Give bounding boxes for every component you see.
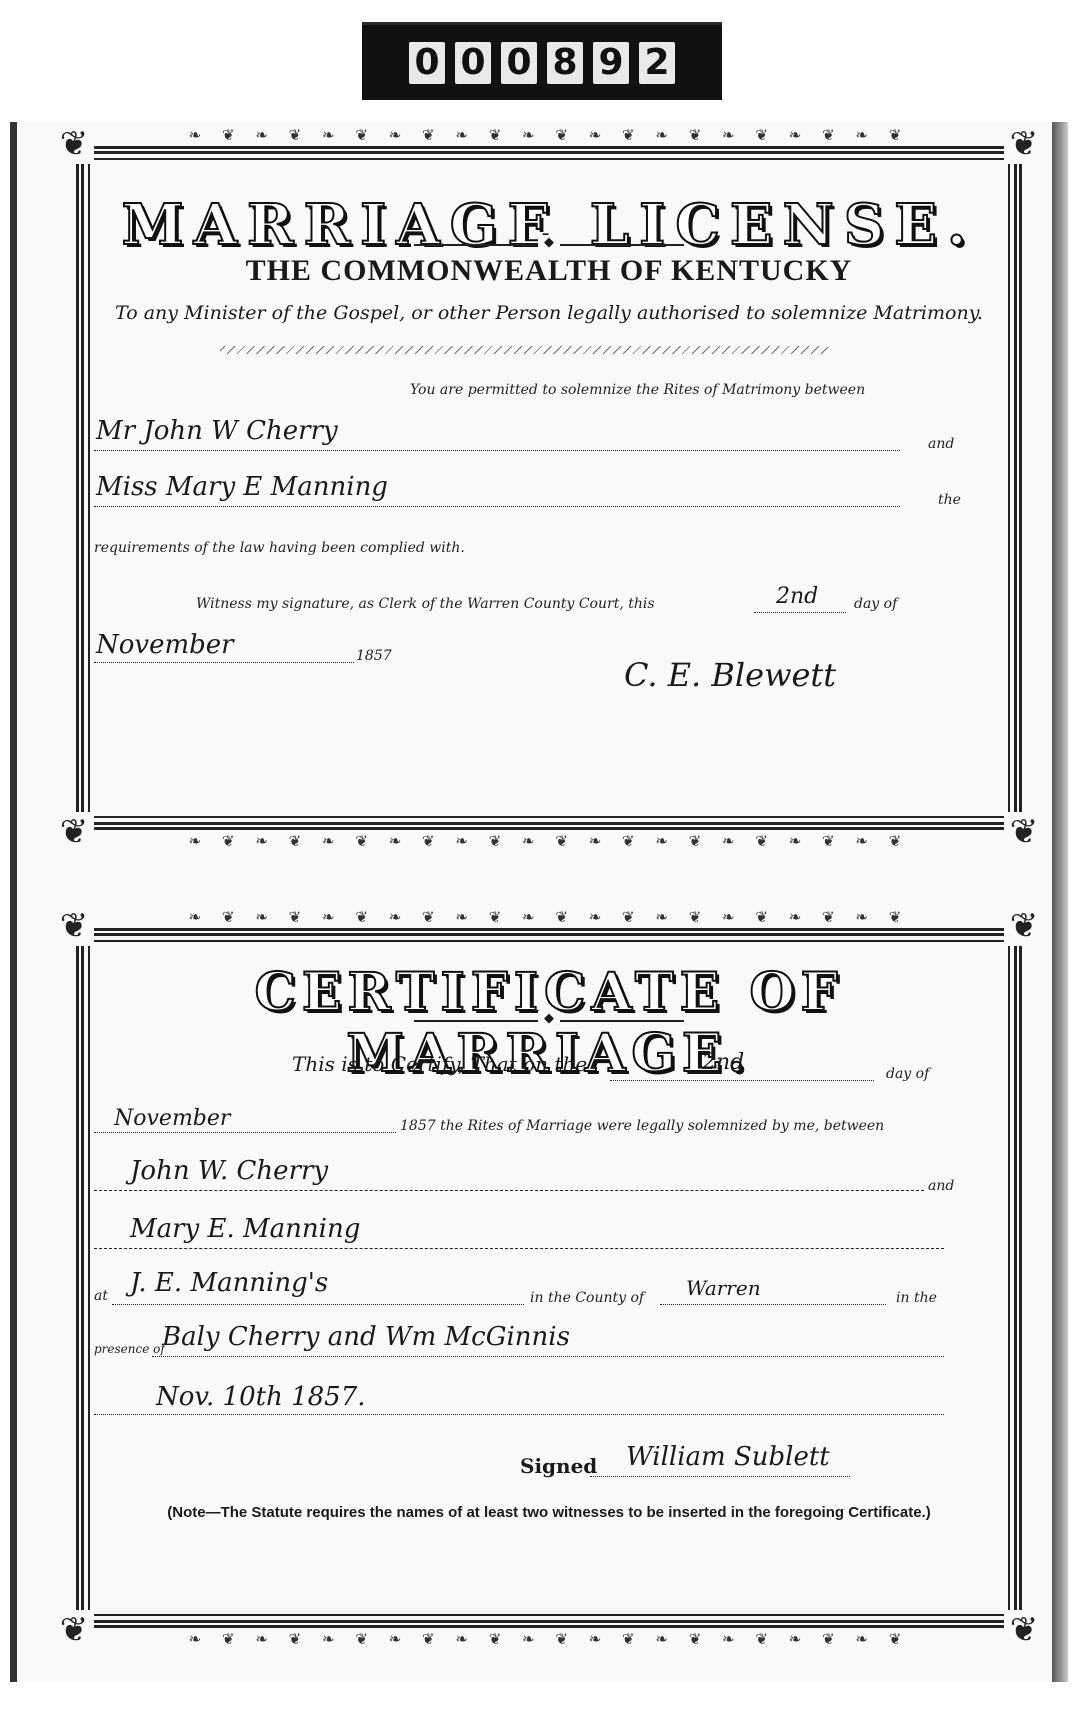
certificate-panel: ❦ ❦ ❦ ❦ ❧ ❦ ❧ ❦ ❧ ❦ ❧ ❦ ❧ ❦ ❧ ❦ ❧ ❦ ❧ ❦ … [88,940,1010,1616]
day-suffix: day of [854,596,897,612]
license-day: 2nd [776,584,818,609]
location-line [112,1304,524,1305]
witnesses: Baly Cherry and Wm McGinnis [162,1322,570,1352]
counter-digit: 8 [547,42,583,84]
counter-digit: 0 [455,42,491,84]
clerk-signature: C. E. Blewett [624,656,836,694]
certify-text: This is to Certify, That on the [292,1052,587,1076]
county-line [660,1304,886,1305]
license-year: 1857 [356,648,392,664]
scroll-border-icon: ❧ ❦ ❧ ❦ ❧ ❦ ❧ ❦ ❧ ❦ ❧ ❦ ❧ ❦ ❧ ❦ ❧ ❦ ❧ ❦ … [70,1630,1028,1648]
sheet-edge-right [1052,122,1068,1682]
jurisdiction-heading: THE COMMONWEALTH OF KENTUCKY [90,254,1008,288]
wavy-rule [220,346,828,354]
ceremony-location: J. E. Manning's [130,1268,328,1298]
requirements-text: requirements of the law having been comp… [94,540,465,556]
date-line [94,1414,944,1415]
cert-bride: Mary E. Manning [130,1214,360,1244]
ornamental-rule [414,244,684,246]
rites-text: 1857 the Rites of Marriage were legally … [400,1118,884,1134]
presence-label: presence of [94,1342,165,1356]
scroll-border-icon: ❧ ❦ ❧ ❦ ❧ ❦ ❧ ❦ ❧ ❦ ❧ ❦ ❧ ❦ ❧ ❦ ❧ ❦ ❧ ❦ … [70,126,1028,144]
in-the-text: in the [896,1290,937,1306]
cert-bride-line [94,1248,944,1249]
signature-line [590,1476,850,1477]
record-counter: 0 0 0 8 9 2 [362,22,722,100]
officiant-signature: William Sublett [626,1442,830,1472]
addressee-line: To any Minister of the Gospel, or other … [90,302,1008,324]
cert-groom-line [94,1190,924,1191]
date-written: Nov. 10th 1857. [156,1382,366,1412]
cert-groom: John W. Cherry [130,1156,328,1186]
county-text: in the County of [530,1290,644,1306]
day-line [754,612,846,613]
cert-day-suffix: day of [886,1066,929,1082]
groom-line [94,450,900,451]
counter-digit: 2 [639,42,675,84]
ornamental-rule [414,1020,684,1022]
cert-month-line [94,1132,396,1133]
county-name: Warren [686,1276,761,1300]
witnesses-line [152,1356,944,1357]
at-label: at [94,1288,108,1304]
counter-digit: 0 [501,42,537,84]
groom-name: Mr John W Cherry [96,416,338,446]
cert-day-line [610,1080,874,1081]
permission-text: You are permitted to solemnize the Rites… [410,382,865,398]
scroll-border-icon: ❧ ❦ ❧ ❦ ❧ ❦ ❧ ❦ ❧ ❦ ❧ ❦ ❧ ❦ ❧ ❦ ❧ ❦ ❧ ❦ … [70,908,1028,926]
counter-digit: 0 [409,42,445,84]
month-line [94,662,354,663]
bride-line [94,506,900,507]
marriage-license-panel: ❦ ❦ ❦ ❦ ❧ ❦ ❧ ❦ ❧ ❦ ❧ ❦ ❧ ❦ ❧ ❦ ❧ ❦ ❧ ❦ … [88,158,1010,818]
groom-suffix: and [928,436,954,452]
signed-label: Signed [520,1454,597,1478]
sheet-edge-left [10,122,17,1682]
bride-suffix: the [938,492,961,508]
license-month: November [96,630,234,660]
scroll-border-icon: ❧ ❦ ❧ ❦ ❧ ❦ ❧ ❦ ❧ ❦ ❧ ❦ ❧ ❦ ❧ ❦ ❧ ❦ ❧ ❦ … [70,832,1028,850]
counter-digit: 9 [593,42,629,84]
cert-day: 2nd [702,1050,744,1075]
cert-month: November [114,1106,230,1131]
statute-note: (Note—The Statute requires the names of … [90,1504,1008,1521]
bride-name: Miss Mary E Manning [96,472,388,502]
cert-groom-suffix: and [928,1178,954,1194]
witness-text: Witness my signature, as Clerk of the Wa… [196,596,655,612]
